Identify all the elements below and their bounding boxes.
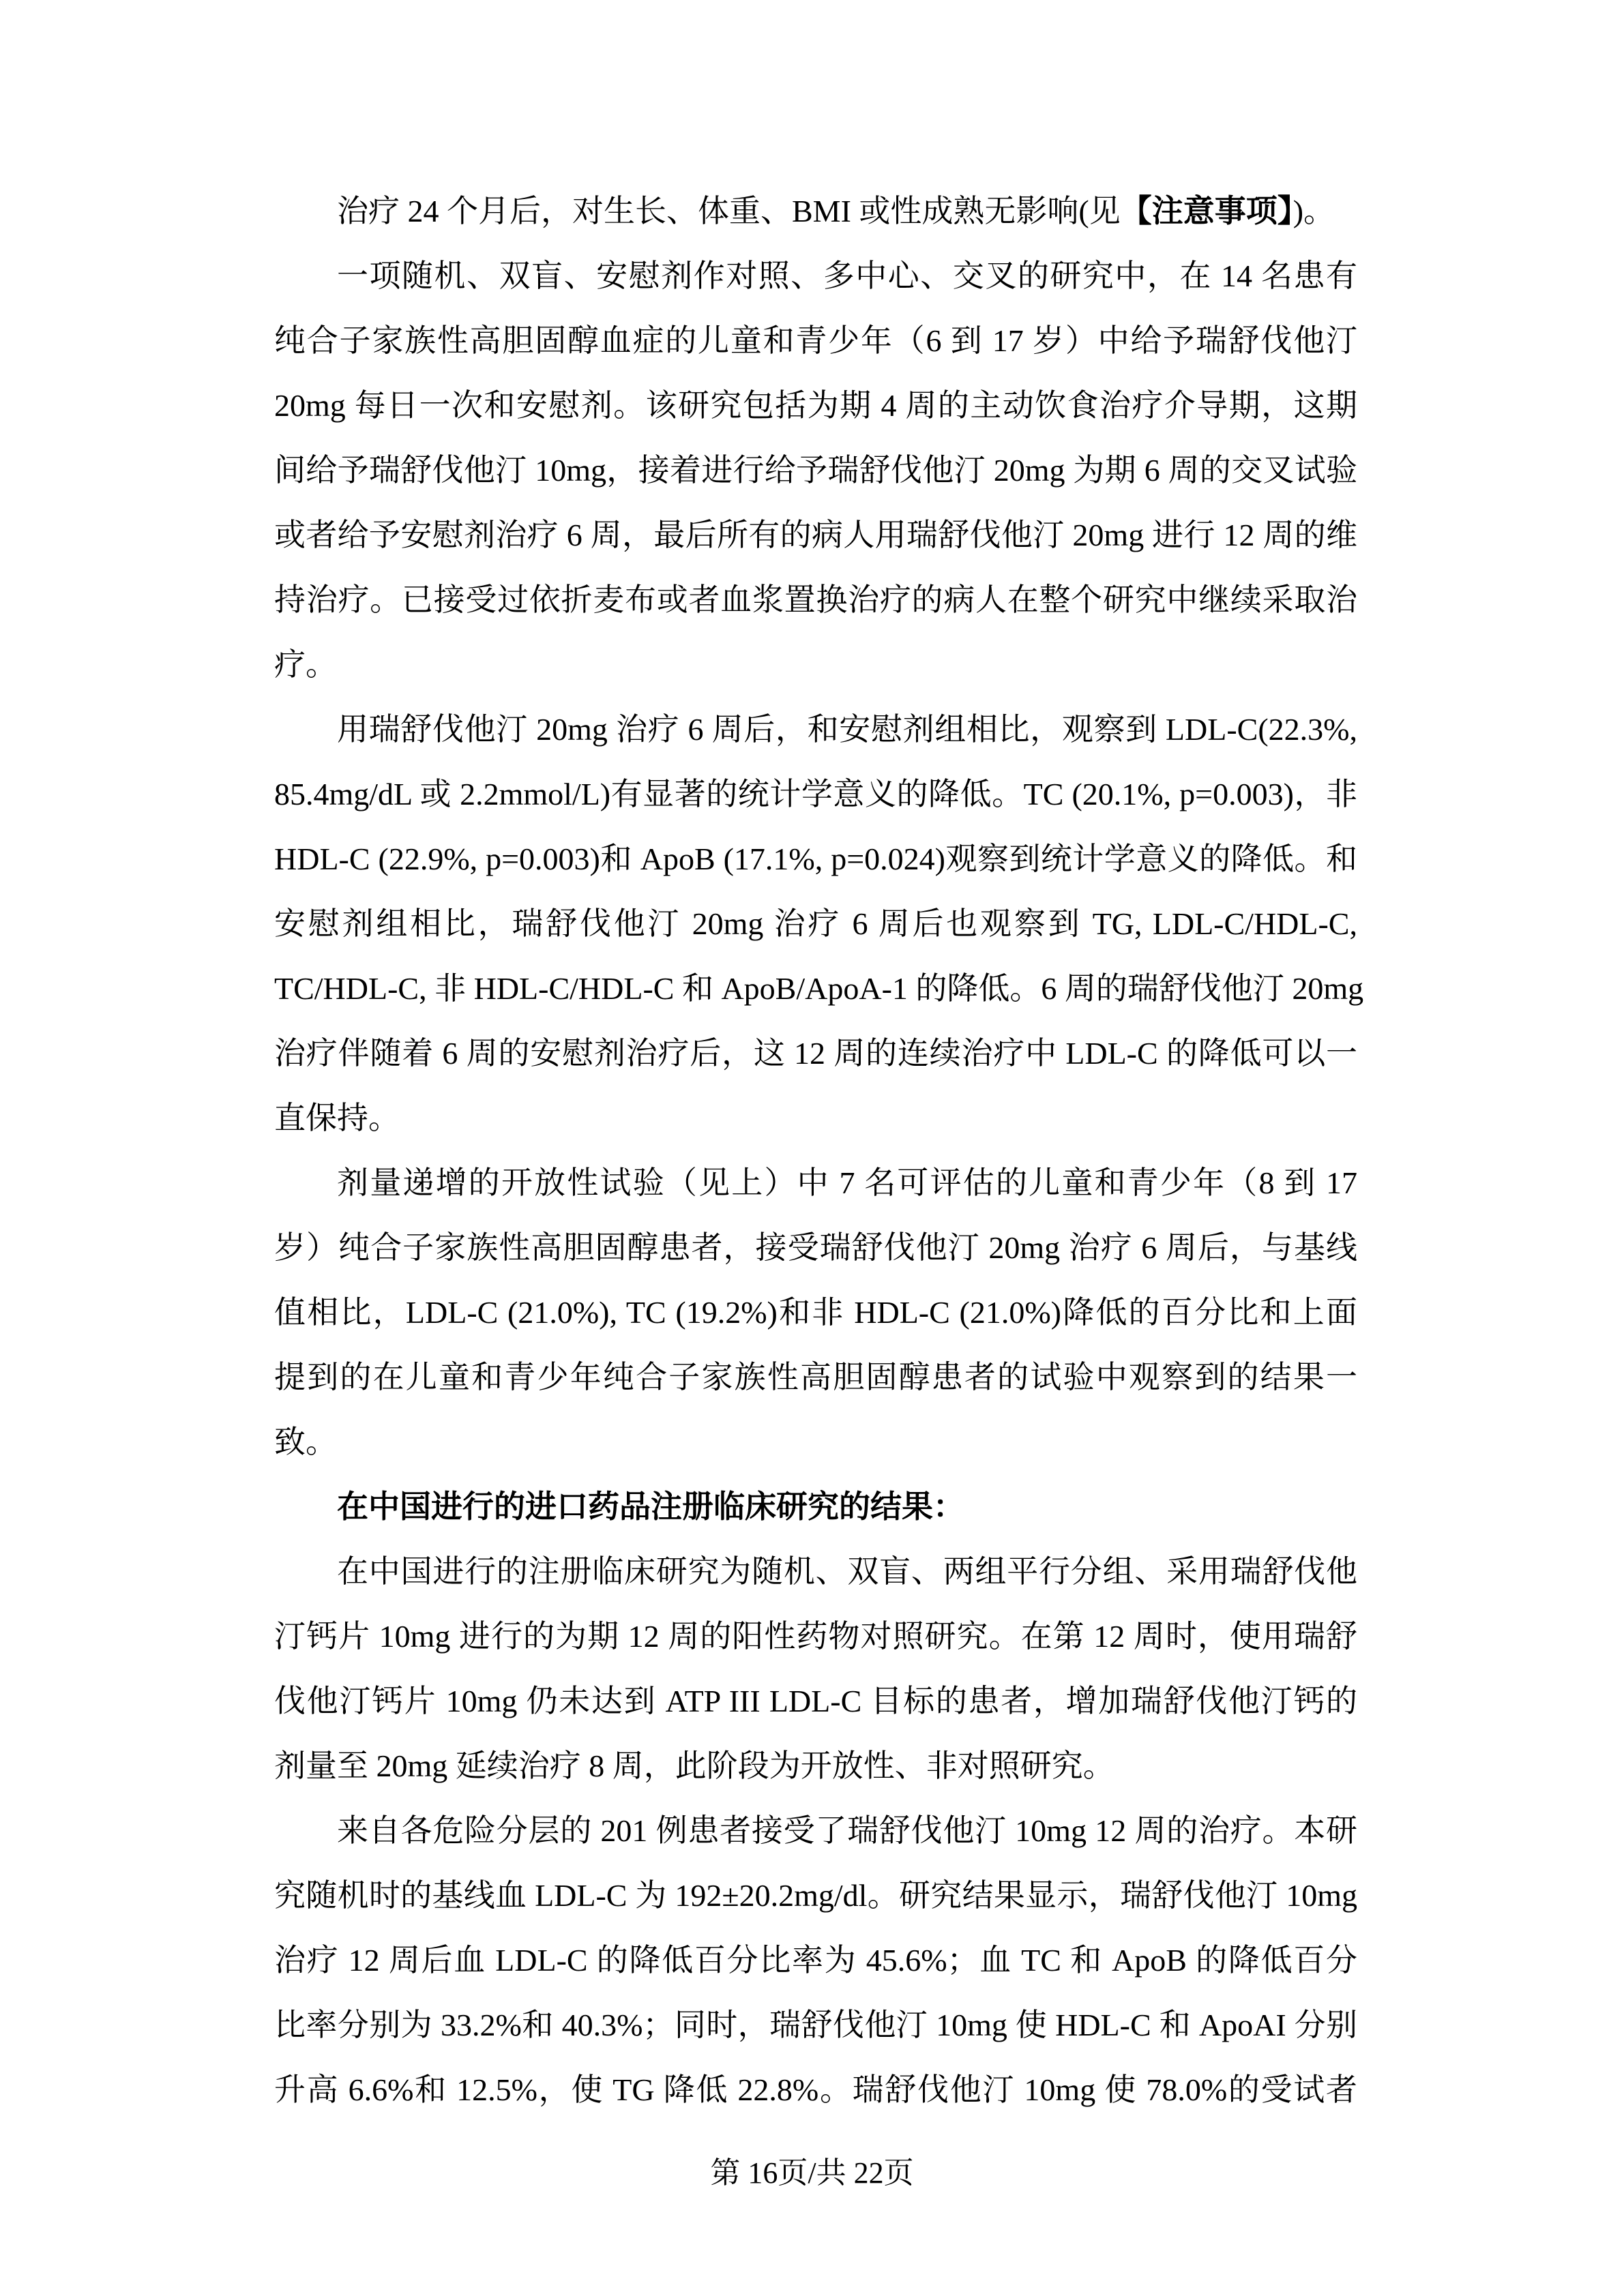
text-line: 剂量至 20mg 延续治疗 8 周，此阶段为开放性、非对照研究。 xyxy=(274,1733,1357,1798)
text-line: 岁）纯合子家族性高胆固醇患者，接受瑞舒伐他汀 20mg 治疗 6 周后，与基线 xyxy=(274,1215,1357,1280)
text-segment-bold: 【注意事项】 xyxy=(1121,194,1293,228)
text-line: 汀钙片 10mg 进行的为期 12 周的阳性药物对照研究。在第 12 周时，使用… xyxy=(274,1604,1357,1669)
text-line: 比率分别为 33.2%和 40.3%；同时，瑞舒伐他汀 10mg 使 HDL-C… xyxy=(274,1993,1357,2057)
text-line: 间给予瑞舒伐他汀 10mg，接着进行给予瑞舒伐他汀 20mg 为期 6 周的交叉… xyxy=(274,438,1357,503)
text-line: 85.4mg/dL 或 2.2mmol/L)有显著的统计学意义的降低。TC (2… xyxy=(274,762,1357,826)
text-line: HDL-C (22.9%, p=0.003)和 ApoB (17.1%, p=0… xyxy=(274,826,1357,891)
text-line: 纯合子家族性高胆固醇血症的儿童和青少年（6 到 17 岁）中给予瑞舒伐他汀 xyxy=(274,308,1357,373)
text-line: 剂量递增的开放性试验（见上）中 7 名可评估的儿童和青少年（8 到 17 xyxy=(274,1150,1357,1215)
document-page: 治疗 24 个月后，对生长、体重、BMI 或性成熟无影响(见【注意事项】)。 一… xyxy=(0,0,1624,2296)
text-line: 来自各危险分层的 201 例患者接受了瑞舒伐他汀 10mg 12 周的治疗。本研 xyxy=(274,1798,1357,1863)
text-segment: 治疗 24 个月后，对生长、体重、BMI 或性成熟无影响(见 xyxy=(337,194,1121,228)
text-line: 一项随机、双盲、安慰剂作对照、多中心、交叉的研究中，在 14 名患有 xyxy=(274,243,1357,308)
text-line: TC/HDL-C, 非 HDL-C/HDL-C 和 ApoB/ApoA-1 的降… xyxy=(274,956,1357,1021)
text-line: 伐他汀钙片 10mg 仍未达到 ATP III LDL-C 目标的患者，增加瑞舒… xyxy=(274,1669,1357,1733)
text-line: 在中国进行的注册临床研究为随机、双盲、两组平行分组、采用瑞舒伐他 xyxy=(274,1539,1357,1604)
text-line: 安慰剂组相比，瑞舒伐他汀 20mg 治疗 6 周后也观察到 TG, LDL-C/… xyxy=(274,891,1357,956)
text-line: 持治疗。已接受过依折麦布或者血浆置换治疗的病人在整个研究中继续采取治 xyxy=(274,567,1357,632)
section-heading: 在中国进行的进口药品注册临床研究的结果： xyxy=(274,1474,1357,1539)
text-line: 疗。 xyxy=(274,632,1357,697)
text-line: 20mg 每日一次和安慰剂。该研究包括为期 4 周的主动饮食治疗介导期，这期 xyxy=(274,373,1357,438)
text-line: 或者给予安慰剂治疗 6 周，最后所有的病人用瑞舒伐他汀 20mg 进行 12 周… xyxy=(274,503,1357,567)
text-segment: )。 xyxy=(1293,194,1335,228)
page-number: 第 16页/共 22页 xyxy=(0,2149,1624,2197)
text-line: 致。 xyxy=(274,1410,1357,1474)
text-line: 究随机时的基线血 LDL-C 为 192±20.2mg/dl。研究结果显示，瑞舒… xyxy=(274,1863,1357,1928)
text-line: 提到的在儿童和青少年纯合子家族性高胆固醇患者的试验中观察到的结果一 xyxy=(274,1345,1357,1410)
text-line: 治疗伴随着 6 周的安慰剂治疗后，这 12 周的连续治疗中 LDL-C 的降低可… xyxy=(274,1021,1357,1086)
text-line: 直保持。 xyxy=(274,1086,1357,1150)
document-body: 治疗 24 个月后，对生长、体重、BMI 或性成熟无影响(见【注意事项】)。 一… xyxy=(274,179,1357,2122)
text-line: 治疗 12 周后血 LDL-C 的降低百分比率为 45.6%；血 TC 和 Ap… xyxy=(274,1928,1357,1993)
text-line: 值相比，LDL-C (21.0%), TC (19.2%)和非 HDL-C (2… xyxy=(274,1280,1357,1345)
text-line: 升高 6.6%和 12.5%，使 TG 降低 22.8%。瑞舒伐他汀 10mg … xyxy=(274,2057,1357,2122)
text-line: 用瑞舒伐他汀 20mg 治疗 6 周后，和安慰剂组相比，观察到 LDL-C(22… xyxy=(274,697,1357,762)
text-line: 治疗 24 个月后，对生长、体重、BMI 或性成熟无影响(见【注意事项】)。 xyxy=(274,179,1357,243)
